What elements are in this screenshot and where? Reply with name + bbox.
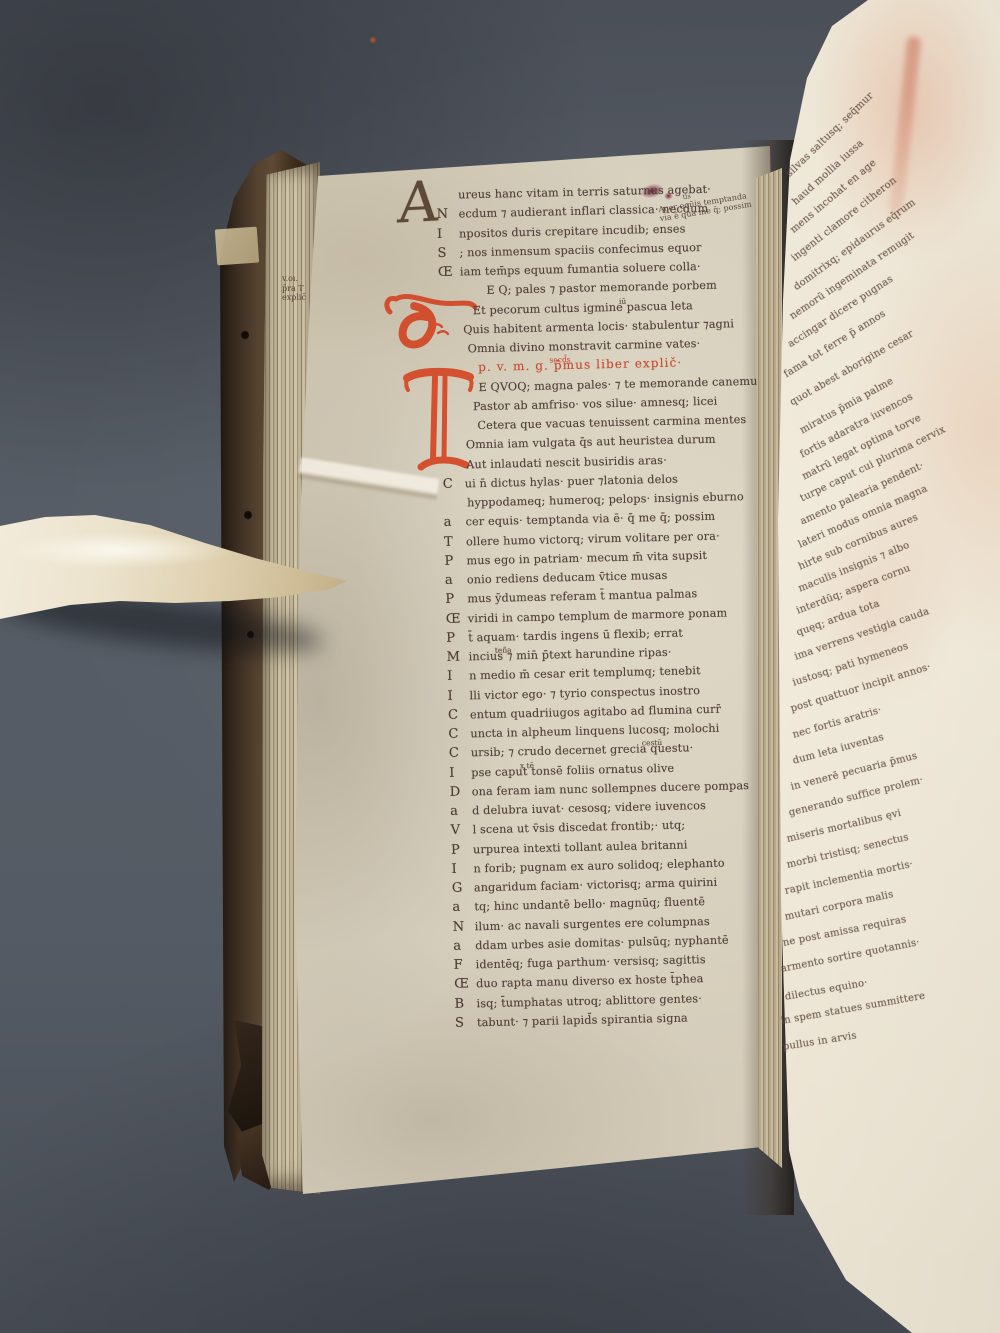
verse-initial: P — [451, 840, 473, 860]
verse-initial: a — [453, 936, 475, 956]
verse-initial: a — [445, 570, 467, 590]
margin-note-line: p̄ra T — [282, 284, 306, 294]
verse-initial: V — [450, 821, 472, 841]
margin-note-left: v.oı.p̄ra Texplic̄ — [282, 274, 306, 303]
verse-initial: a — [450, 801, 472, 821]
interlinear-gloss: iū — [619, 291, 627, 310]
verse-initial: I — [451, 859, 473, 879]
verse-initial: N — [436, 205, 458, 225]
verse-initial: I — [449, 763, 471, 783]
verse-initial: C — [443, 474, 465, 494]
interlinear-gloss: secd̄s — [549, 350, 571, 370]
spine-hole — [244, 510, 252, 520]
verse-initial: B — [454, 994, 476, 1014]
margin-note-line: explic̄ — [282, 293, 306, 303]
verse-initial: I — [437, 224, 459, 244]
spine-label-patch — [215, 227, 259, 266]
dust-speck — [369, 36, 377, 44]
verse-initial: M — [446, 647, 468, 667]
verse-initial: a — [443, 513, 465, 533]
interlinear-gloss: x tē — [520, 755, 535, 775]
verse-initial: I — [447, 686, 469, 706]
verse-initial: C — [448, 705, 470, 725]
verse-initial: P — [444, 551, 466, 571]
gutter-page-edges — [756, 168, 782, 1168]
verse-initial: P — [445, 590, 467, 610]
verse-initial: T — [444, 532, 466, 552]
verse-initial: D — [450, 782, 472, 802]
verse-initial: C — [448, 724, 470, 744]
verse-initial: Œ — [438, 262, 460, 282]
interlinear-gloss: teña — [495, 640, 512, 660]
verse-initial: P — [446, 628, 468, 648]
verse-initial: Œ — [454, 975, 476, 995]
photograph-canvas: A ureus hanc vitam in terris saturnus ag… — [0, 0, 1000, 1333]
verse-initial: a — [452, 898, 474, 918]
verse-initial: Œ — [446, 609, 468, 629]
verse-initial: I — [447, 667, 469, 687]
verse-initial: G — [452, 878, 474, 898]
verso-text-column: ureus hanc vitam in terris saturnus ageb… — [436, 179, 777, 1033]
verse-initial: N — [453, 917, 475, 937]
verse-initial: F — [453, 955, 475, 975]
margin-note-line: v.oı. — [282, 274, 306, 284]
spine-hole — [241, 330, 249, 340]
verse-initial: S — [437, 243, 459, 263]
interlinear-gloss: cestū — [642, 733, 663, 753]
verse-initial: S — [455, 1013, 477, 1033]
verse-initial: C — [449, 744, 471, 764]
